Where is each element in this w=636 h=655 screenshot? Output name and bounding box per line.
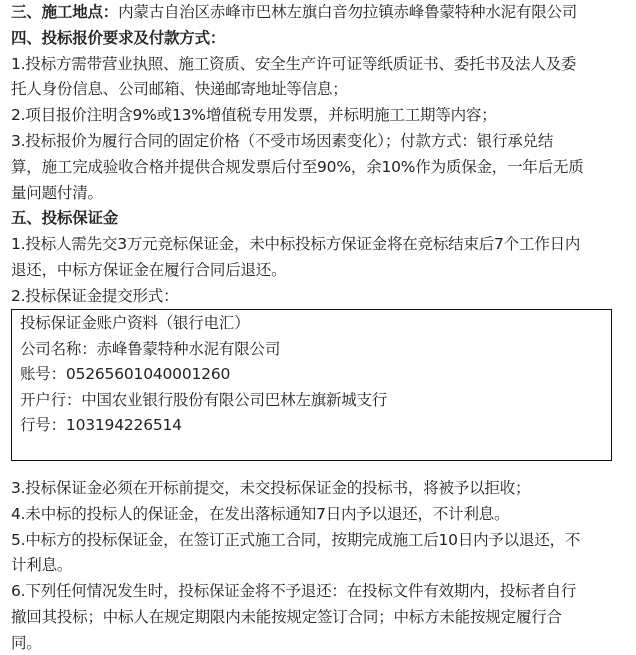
section-5-item-2-line-1: 2.投标保证金提交形式： xyxy=(11,284,625,310)
section-5-item-1-line-2: 退还，中标方保证金在履行合同后退还。 xyxy=(11,258,625,284)
section-5-item-5: 5.中标方的投标保证金，在签订正式施工合同，按期完成施工后10日内予以退还，不 … xyxy=(11,528,625,580)
section-3-heading: 三、施工地点： xyxy=(11,3,118,21)
company-name-label: 公司名称： xyxy=(20,340,97,358)
section-4-item-1-line-2: 托人身份信息、公司邮箱、快递邮寄地址等信息； xyxy=(11,77,625,103)
section-4-item-3-line-3: 量问题付清。 xyxy=(11,181,625,207)
section-5-item-5-line-2: 计利息。 xyxy=(11,553,625,579)
section-4-item-3: 3.投标报价为履行合同的固定价格（不受市场因素变化）；付款方式：银行承兑结 算，… xyxy=(11,129,625,206)
section-5-item-3: 3.投标保证金必须在开标前提交，未交投标保证金的投标书，将被予以拒收； xyxy=(11,476,625,502)
account-box-title: 投标保证金账户资料（银行电汇） xyxy=(20,311,611,337)
account-number-value: 05265601040001260 xyxy=(66,365,230,383)
section-5-item-4: 4.未中标的投标人的保证金，在发出落标通知7日内予以退还，不计利息。 xyxy=(11,502,625,528)
account-number-row: 账号：05265601040001260 xyxy=(20,362,611,388)
section-3-content: 内蒙古自治区赤峰市巴林左旗白音勿拉镇赤峰鲁蒙特种水泥有限公司 xyxy=(118,3,577,21)
section-5-item-6: 6.下列任何情况发生时，投标保证金将不予退还：在投标文件有效期内，投标者自行 撤… xyxy=(11,579,625,655)
bank-label: 开户行： xyxy=(20,391,81,409)
bank-code-label: 行号： xyxy=(20,416,66,434)
account-number-label: 账号： xyxy=(20,365,66,383)
section-4-item-2-line-1: 2.项目报价注明含9%或13%增值税专用发票，并标明施工工期等内容； xyxy=(11,103,625,129)
section-4-heading: 四、投标报价要求及付款方式： xyxy=(11,26,625,52)
section-4-item-3-line-1: 3.投标报价为履行合同的固定价格（不受市场因素变化）；付款方式：银行承兑结 xyxy=(11,129,625,155)
bank-code-row: 行号：103194226514 xyxy=(20,413,611,439)
section-5-item-6-line-2: 撤回其投标；中标人在规定期限内未能按规定签订合同；中标方未能按规定履行合 xyxy=(11,605,625,631)
company-name-row: 公司名称：赤峰鲁蒙特种水泥有限公司 xyxy=(20,337,611,363)
section-4-item-1-line-1: 1.投标方需带营业执照、施工资质、安全生产许可证等纸质证书、委托书及法人及委 xyxy=(11,52,625,78)
section-5-item-6-line-1: 6.下列任何情况发生时，投标保证金将不予退还：在投标文件有效期内，投标者自行 xyxy=(11,579,625,605)
section-5-item-1: 1.投标人需先交3万元竞标保证金，未中标投标方保证金将在竞标结束后7个工作日内 … xyxy=(11,232,625,284)
company-name-value: 赤峰鲁蒙特种水泥有限公司 xyxy=(97,340,281,358)
section-4-item-1: 1.投标方需带营业执照、施工资质、安全生产许可证等纸质证书、委托书及法人及委 托… xyxy=(11,52,625,104)
document-body: 三、施工地点：内蒙古自治区赤峰市巴林左旗白音勿拉镇赤峰鲁蒙特种水泥有限公司 四、… xyxy=(11,0,625,310)
section-5-remaining-items: 3.投标保证金必须在开标前提交，未交投标保证金的投标书，将被予以拒收； 4.未中… xyxy=(11,476,625,655)
section-5-heading: 五、投标保证金 xyxy=(11,206,625,232)
section-5-item-3-line-1: 3.投标保证金必须在开标前提交，未交投标保证金的投标书，将被予以拒收； xyxy=(11,476,625,502)
bank-value: 中国农业银行股份有限公司巴林左旗新城支行 xyxy=(81,391,387,409)
bank-code-value: 103194226514 xyxy=(66,416,182,434)
deposit-account-box: 投标保证金账户资料（银行电汇） 公司名称：赤峰鲁蒙特种水泥有限公司 账号：052… xyxy=(11,309,612,461)
section-4-item-2: 2.项目报价注明含9%或13%增值税专用发票，并标明施工工期等内容； xyxy=(11,103,625,129)
section-5-item-1-line-1: 1.投标人需先交3万元竞标保证金，未中标投标方保证金将在竞标结束后7个工作日内 xyxy=(11,232,625,258)
section-5-item-5-line-1: 5.中标方的投标保证金，在签订正式施工合同，按期完成施工后10日内予以退还，不 xyxy=(11,528,625,554)
section-3-construction-site: 三、施工地点：内蒙古自治区赤峰市巴林左旗白音勿拉镇赤峰鲁蒙特种水泥有限公司 xyxy=(11,0,625,26)
section-5-item-2: 2.投标保证金提交形式： xyxy=(11,284,625,310)
section-5-item-4-line-1: 4.未中标的投标人的保证金，在发出落标通知7日内予以退还，不计利息。 xyxy=(11,502,625,528)
section-5-item-6-line-3: 同。 xyxy=(11,631,625,655)
bank-row: 开户行：中国农业银行股份有限公司巴林左旗新城支行 xyxy=(20,388,611,414)
section-4-item-3-line-2: 算，施工完成验收合格并提供合规发票后付至90%，余10%作为质保金，一年后无质 xyxy=(11,155,625,181)
